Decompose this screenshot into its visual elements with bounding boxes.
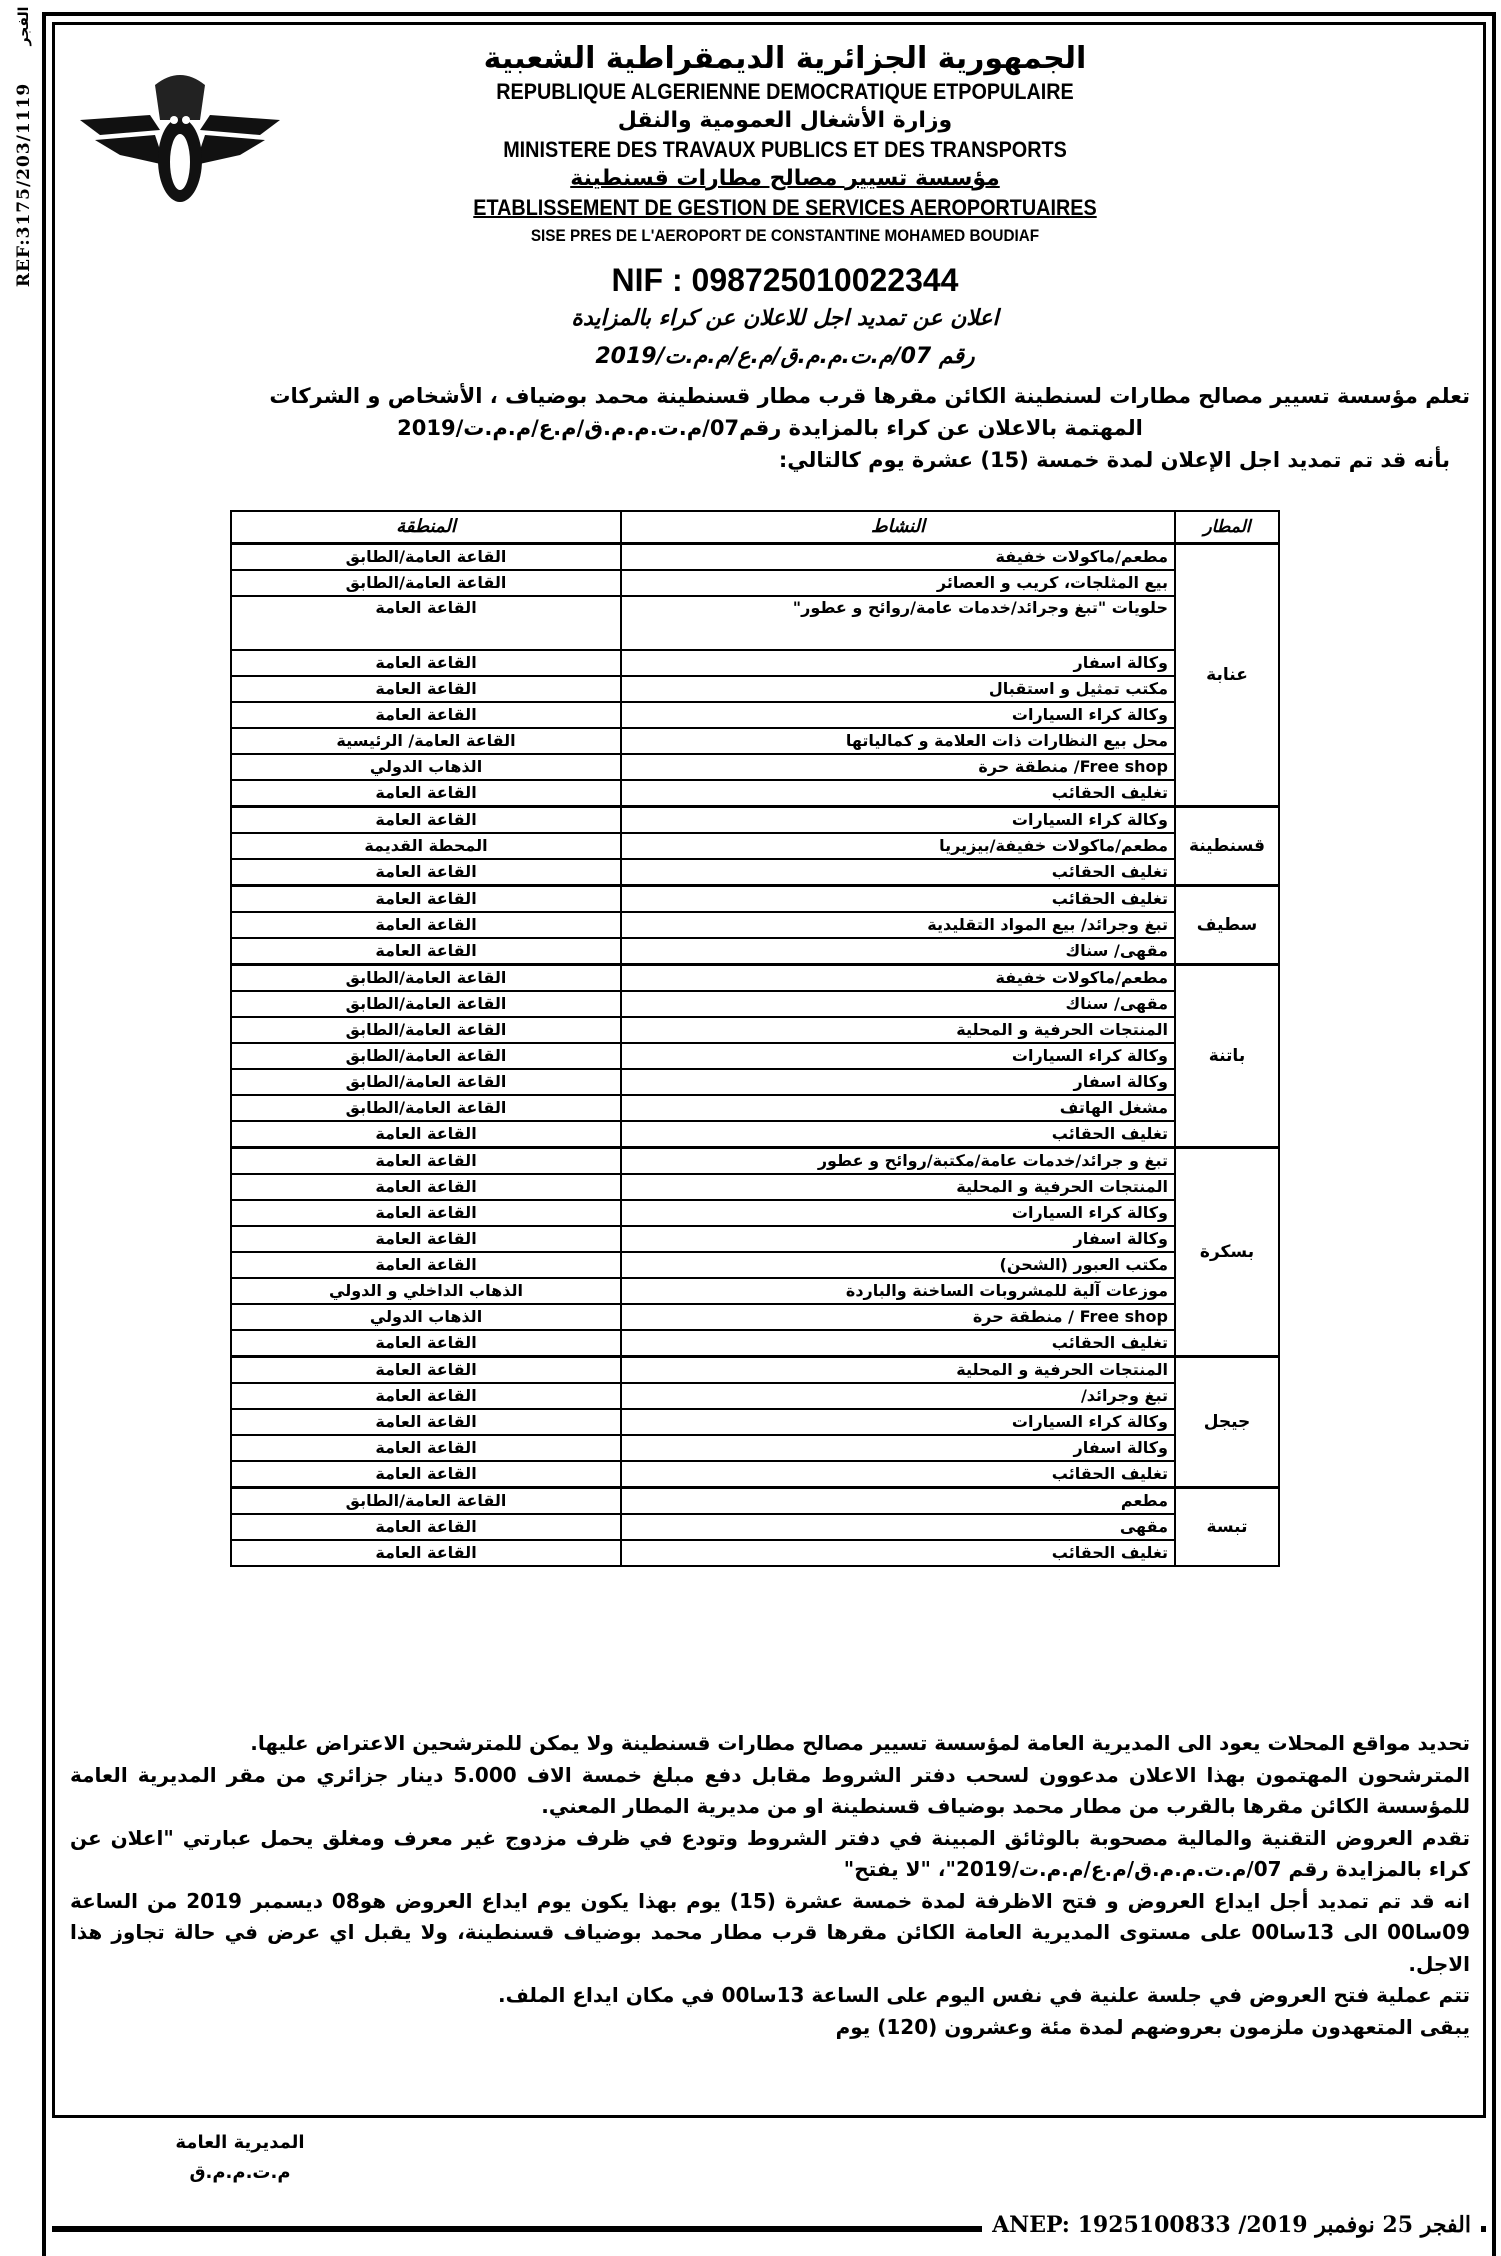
activity-cell: المنتجات الحرفية و المحلية xyxy=(621,1017,1175,1043)
table-header-row: المطار النشاط المنطقة xyxy=(231,511,1279,544)
table-row: مشغل الهاتفالقاعة العامة/الطابق xyxy=(231,1095,1279,1121)
table-row: وكالة كراء السياراتالقاعة العامة xyxy=(231,1200,1279,1226)
reference-number: REF:3175/203/1119 xyxy=(14,83,34,287)
table-row: موزعات آلية للمشروبات الساخنة والباردةال… xyxy=(231,1278,1279,1304)
activity-cell: مكتب العبور (الشحن) xyxy=(621,1252,1175,1278)
zone-cell: القاعة العامة xyxy=(231,596,621,650)
table-row: المنتجات الحرفية و المحليةالقاعة العامة xyxy=(231,1174,1279,1200)
zone-cell: القاعة العامة xyxy=(231,1148,621,1175)
zone-cell: القاعة العامة xyxy=(231,1540,621,1566)
lots-table: المطار النشاط المنطقة عنابةمطعم/ماكولات … xyxy=(230,510,1280,1567)
paragraph-validity: يبقى المتعهدون ملزمون بعروضهم لمدة مئة و… xyxy=(70,2012,1470,2044)
header-activity: النشاط xyxy=(621,511,1175,544)
establishment-ar: مؤسسة تسيير مصالح مطارات قسنطينة xyxy=(360,164,1210,194)
activity-cell: تغليف الحقائب xyxy=(621,1540,1175,1566)
zone-cell: القاعة العامة xyxy=(231,1252,621,1278)
activity-cell: مكتب تمثيل و استقبال xyxy=(621,676,1175,702)
table-row: وكالة اسفارالقاعة العامة xyxy=(231,650,1279,676)
zone-cell: القاعة العامة/الطابق xyxy=(231,1017,621,1043)
intro-line-3: بأنه قد تم تمديد اجل الإعلان لمدة خمسة (… xyxy=(70,444,1470,476)
header-airport: المطار xyxy=(1175,511,1279,544)
zone-cell: القاعة العامة xyxy=(231,807,621,834)
activity-cell: تبغ و جرائد/خدمات عامة/مكتبة/روائح و عطو… xyxy=(621,1148,1175,1175)
zone-cell: القاعة العامة xyxy=(231,1514,621,1540)
airport-cell: تبسة xyxy=(1175,1488,1279,1567)
activity-cell: Free shop / منطقة حرة xyxy=(621,1304,1175,1330)
table-row: محل بيع النظارات ذات العلامة و كمالياتها… xyxy=(231,728,1279,754)
airport-cell: عنابة xyxy=(1175,544,1279,807)
table-row: تغليف الحقائبالقاعة العامة xyxy=(231,1121,1279,1148)
signature-abbrev: م.ت.م.م.ق xyxy=(150,2158,330,2188)
zone-cell: القاعة العامة/الطابق xyxy=(231,544,621,571)
table-row: تبغ وجرائد/القاعة العامة xyxy=(231,1383,1279,1409)
paragraph-locations: تحديد مواقع المحلات يعود الى المديرية ال… xyxy=(70,1728,1470,1760)
table-row: المنتجات الحرفية و المحليةالقاعة العامة/… xyxy=(231,1017,1279,1043)
table-row: وكالة كراء السياراتالقاعة العامة/الطابق xyxy=(231,1043,1279,1069)
activity-cell: المنتجات الحرفية و المحلية xyxy=(621,1357,1175,1384)
intro-line-2: المهتمة بالاعلان عن كراء بالمزايدة رقم07… xyxy=(70,412,1470,444)
table-row: مطعم/ماكولات خفيفة/بيزيرياالمحطة القديمة xyxy=(231,833,1279,859)
zone-cell: القاعة العامة/الطابق xyxy=(231,1069,621,1095)
activity-cell: تغليف الحقائب xyxy=(621,1330,1175,1357)
activity-cell: وكالة كراء السيارات xyxy=(621,807,1175,834)
activity-cell: مطعم xyxy=(621,1488,1175,1515)
zone-cell: القاعة العامة/الطابق xyxy=(231,1043,621,1069)
intro-paragraph: تعلم مؤسسة تسيير مصالح مطارات لسنطينة ال… xyxy=(70,380,1470,476)
table-row: بيع المثلجات، كريب و العصائرالقاعة العام… xyxy=(231,570,1279,596)
ministry-fr: MINISTERE DES TRAVAUX PUBLICS ET DES TRA… xyxy=(403,136,1168,164)
activity-cell: تغليف الحقائب xyxy=(621,780,1175,807)
activity-cell: تغليف الحقائب xyxy=(621,859,1175,886)
notice-number: رقم 07/م.ت.م.م.ق/م.ع/م.م.ت/2019 xyxy=(360,338,1210,376)
address-fr: SISE PRES DE L'AEROPORT DE CONSTANTINE M… xyxy=(403,222,1168,250)
table-row: تغليف الحقائبالقاعة العامة xyxy=(231,859,1279,886)
paragraph-submission: تقدم العروض التقنية والمالية مصحوبة بالو… xyxy=(70,1823,1470,1886)
establishment-fr: ETABLISSEMENT DE GESTION DE SERVICES AER… xyxy=(403,194,1168,222)
activity-cell: تبغ وجرائد/ بيع المواد التقليدية xyxy=(621,912,1175,938)
newspaper-brand: الفجر xyxy=(16,7,32,46)
table-row: تغليف الحقائبالقاعة العامة xyxy=(231,1461,1279,1488)
paragraph-deadline: انه قد تم تمديد أجل ايداع العروض و فتح ا… xyxy=(70,1886,1470,1981)
zone-cell: القاعة العامة/الطابق xyxy=(231,965,621,992)
activity-cell: المنتجات الحرفية و المحلية xyxy=(621,1174,1175,1200)
zone-cell: القاعة العامة/الطابق xyxy=(231,1095,621,1121)
signature-block: المديرية العامة م.ت.م.م.ق xyxy=(150,2128,330,2188)
activity-cell: مقهى xyxy=(621,1514,1175,1540)
zone-cell: القاعة العامة xyxy=(231,1200,621,1226)
table-row: Free shop/ منطقة حرةالذهاب الدولي xyxy=(231,754,1279,780)
table-row: بسكرةتبغ و جرائد/خدمات عامة/مكتبة/روائح … xyxy=(231,1148,1279,1175)
table-row: مقهىالقاعة العامة xyxy=(231,1514,1279,1540)
letterhead: الجمهورية الجزائرية الديمقراطية الشعبية … xyxy=(360,40,1210,376)
activity-cell: مطعم/ماكولات خفيفة/بيزيريا xyxy=(621,833,1175,859)
activity-cell: مقهى/ سناك xyxy=(621,938,1175,965)
activity-cell: وكالة كراء السيارات xyxy=(621,1043,1175,1069)
zone-cell: القاعة العامة/ الرئيسية xyxy=(231,728,621,754)
zone-cell: القاعة العامة xyxy=(231,1174,621,1200)
activity-cell: تغليف الحقائب xyxy=(621,1461,1175,1488)
table-row: عنابةمطعم/ماكولات خفيفةالقاعة العامة/الط… xyxy=(231,544,1279,571)
zone-cell: القاعة العامة xyxy=(231,1383,621,1409)
table-row: تبغ وجرائد/ بيع المواد التقليديةالقاعة ا… xyxy=(231,912,1279,938)
activity-cell: مطعم/ماكولات خفيفة xyxy=(621,965,1175,992)
table-row: مكتب تمثيل و استقبالالقاعة العامة xyxy=(231,676,1279,702)
intro-line-1: تعلم مؤسسة تسيير مصالح مطارات لسنطينة ال… xyxy=(70,380,1470,412)
paragraph-opening: تتم عملية فتح العروض في جلسة علنية في نف… xyxy=(70,1980,1470,2012)
zone-cell: القاعة العامة xyxy=(231,1461,621,1488)
activity-cell: موزعات آلية للمشروبات الساخنة والباردة xyxy=(621,1278,1175,1304)
republic-fr: REPUBLIQUE ALGERIENNE DEMOCRATIQUE ETPOP… xyxy=(403,78,1168,106)
airport-logo-icon xyxy=(80,60,280,210)
activity-cell: تغليف الحقائب xyxy=(621,886,1175,913)
activity-cell: وكالة كراء السيارات xyxy=(621,1200,1175,1226)
activity-cell: بيع المثلجات، كريب و العصائر xyxy=(621,570,1175,596)
zone-cell: القاعة العامة/الطابق xyxy=(231,570,621,596)
zone-cell: القاعة العامة xyxy=(231,859,621,886)
zone-cell: الذهاب الدولي xyxy=(231,1304,621,1330)
zone-cell: القاعة العامة/الطابق xyxy=(231,1488,621,1515)
activity-cell: مقهى/ سناك xyxy=(621,991,1175,1017)
activity-cell: محل بيع النظارات ذات العلامة و كمالياتها xyxy=(621,728,1175,754)
ministry-ar: وزارة الأشغال العمومية والنقل xyxy=(360,106,1210,136)
side-reference: الفجر REF:3175/203/1119 xyxy=(4,10,44,310)
table-row: مقهى/ سناكالقاعة العامة xyxy=(231,938,1279,965)
airport-cell: بسكرة xyxy=(1175,1148,1279,1357)
table-row: وكالة كراء السياراتالقاعة العامة xyxy=(231,702,1279,728)
activity-cell: وكالة اسفار xyxy=(621,1435,1175,1461)
nif-number: NIF : 098725010022344 xyxy=(360,260,1210,300)
activity-cell: وكالة كراء السيارات xyxy=(621,1409,1175,1435)
conditions-text: تحديد مواقع المحلات يعود الى المديرية ال… xyxy=(70,1728,1470,2043)
airport-cell: باتنة xyxy=(1175,965,1279,1148)
table-row: قسنطينةوكالة كراء السياراتالقاعة العامة xyxy=(231,807,1279,834)
airport-cell: قسنطينة xyxy=(1175,807,1279,886)
activity-cell: وكالة اسفار xyxy=(621,1069,1175,1095)
zone-cell: القاعة العامة xyxy=(231,1330,621,1357)
activity-cell: وكالة اسفار xyxy=(621,650,1175,676)
header-zone: المنطقة xyxy=(231,511,621,544)
activity-cell: تغليف الحقائب xyxy=(621,1121,1175,1148)
table-row: باتنةمطعم/ماكولات خفيفةالقاعة العامة/الط… xyxy=(231,965,1279,992)
zone-cell: القاعة العامة xyxy=(231,780,621,807)
table-row: وكالة اسفارالقاعة العامة xyxy=(231,1226,1279,1252)
signature-title: المديرية العامة xyxy=(150,2128,330,2158)
zone-cell: القاعة العامة/الطابق xyxy=(231,991,621,1017)
lots-table-body: عنابةمطعم/ماكولات خفيفةالقاعة العامة/الط… xyxy=(231,544,1279,1567)
zone-cell: القاعة العامة xyxy=(231,1226,621,1252)
airport-cell: سطيف xyxy=(1175,886,1279,965)
table-row: جيجلالمنتجات الحرفية و المحليةالقاعة الع… xyxy=(231,1357,1279,1384)
table-row: تغليف الحقائبالقاعة العامة xyxy=(231,780,1279,807)
zone-cell: المحطة القديمة xyxy=(231,833,621,859)
zone-cell: القاعة العامة xyxy=(231,1357,621,1384)
zone-cell: القاعة العامة xyxy=(231,1409,621,1435)
table-row: وكالة كراء السياراتالقاعة العامة xyxy=(231,1409,1279,1435)
table-row: وكالة اسفارالقاعة العامة/الطابق xyxy=(231,1069,1279,1095)
activity-cell: تبغ وجرائد/ xyxy=(621,1383,1175,1409)
zone-cell: القاعة العامة xyxy=(231,1121,621,1148)
table-row: Free shop / منطقة حرةالذهاب الدولي xyxy=(231,1304,1279,1330)
table-row: تغليف الحقائبالقاعة العامة xyxy=(231,1330,1279,1357)
table-row: تبسةمطعمالقاعة العامة/الطابق xyxy=(231,1488,1279,1515)
activity-cell: مطعم/ماكولات خفيفة xyxy=(621,544,1175,571)
table-row: مكتب العبور (الشحن)القاعة العامة xyxy=(231,1252,1279,1278)
zone-cell: القاعة العامة xyxy=(231,912,621,938)
zone-cell: القاعة العامة xyxy=(231,886,621,913)
paragraph-specifications: المترشحون المهتمون بهذا الاعلان مدعوون ل… xyxy=(70,1760,1470,1823)
zone-cell: الذهاب الداخلي و الدولي xyxy=(231,1278,621,1304)
republic-ar: الجمهورية الجزائرية الديمقراطية الشعبية xyxy=(360,40,1210,78)
zone-cell: القاعة العامة xyxy=(231,938,621,965)
activity-cell: وكالة كراء السيارات xyxy=(621,702,1175,728)
zone-cell: القاعة العامة xyxy=(231,702,621,728)
table-row: حلويات "تبغ وجرائد/خدمات عامة/روائح و عط… xyxy=(231,596,1279,650)
zone-cell: القاعة العامة xyxy=(231,1435,621,1461)
activity-cell: مشغل الهاتف xyxy=(621,1095,1175,1121)
zone-cell: القاعة العامة xyxy=(231,676,621,702)
notice-title: اعلان عن تمديد اجل للاعلان عن كراء بالمز… xyxy=(360,300,1210,338)
table-row: سطيفتغليف الحقائبالقاعة العامة xyxy=(231,886,1279,913)
publication-footer: الفجر 25 نوفمبر 2019/ ANEP: 1925100833 xyxy=(982,2212,1481,2238)
activity-cell: Free shop/ منطقة حرة xyxy=(621,754,1175,780)
table-row: وكالة اسفارالقاعة العامة xyxy=(231,1435,1279,1461)
activity-cell: وكالة اسفار xyxy=(621,1226,1175,1252)
table-row: مقهى/ سناكالقاعة العامة/الطابق xyxy=(231,991,1279,1017)
table-row: تغليف الحقائبالقاعة العامة xyxy=(231,1540,1279,1566)
airport-cell: جيجل xyxy=(1175,1357,1279,1488)
zone-cell: الذهاب الدولي xyxy=(231,754,621,780)
zone-cell: القاعة العامة xyxy=(231,650,621,676)
activity-cell: حلويات "تبغ وجرائد/خدمات عامة/روائح و عط… xyxy=(621,596,1175,650)
